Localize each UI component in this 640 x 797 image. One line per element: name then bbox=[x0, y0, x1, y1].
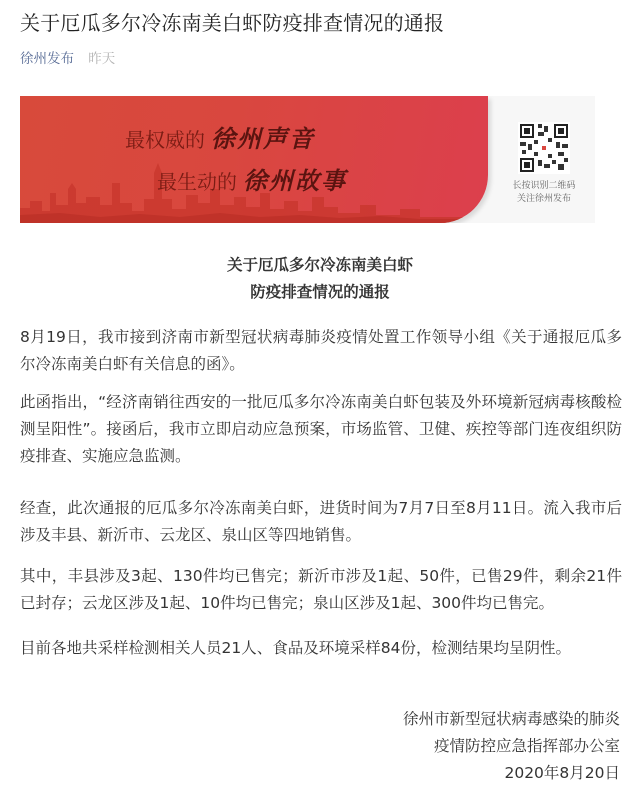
author-link[interactable]: 徐州发布 bbox=[20, 51, 74, 67]
paragraph-4: 其中，丰县涉及3起、130件均已售完；新沂市涉及1起、50件，已售29件，剩余2… bbox=[20, 563, 622, 617]
banner-slogan-1: 最权威的徐州声音 bbox=[125, 126, 315, 153]
paragraph-1: 8月19日，我市接到济南市新型冠状病毒肺炎疫情处置工作领导小组《关于通报厄瓜多尔… bbox=[20, 324, 622, 378]
paragraph-3: 经查，此次通报的厄瓜多尔冷冻南美白虾，进货时间为7月7日至8月11日。流入我市后… bbox=[20, 495, 622, 549]
qr-caption: 长按识别二维码 关注徐州发布 bbox=[498, 180, 590, 206]
publish-time: 昨天 bbox=[88, 51, 115, 67]
signature-block: 徐州市新型冠状病毒感染的肺炎 疫情防控应急指挥部办公室 2020年8月20日 bbox=[403, 706, 620, 787]
banner-red-panel: 最权威的徐州声音 最生动的徐州故事 bbox=[20, 96, 488, 223]
paragraph-2: 此函指出，“经济南销往西安的一批厄瓜多尔冷冻南美白虾包装及外环境新冠病毒核酸检测… bbox=[20, 389, 622, 470]
promo-banner: 最权威的徐州声音 最生动的徐州故事 长按识别二维码 关注徐州发布 bbox=[20, 96, 595, 223]
notice-headline: 关于厄瓜多尔冷冻南美白虾 防疫排查情况的通报 bbox=[0, 252, 640, 306]
article-title: 关于厄瓜多尔冷冻南美白虾防疫排查情况的通报 bbox=[20, 8, 630, 38]
paragraph-5: 目前各地共采样检测相关人员21人、食品及环境采样84份，检测结果均呈阴性。 bbox=[20, 635, 622, 662]
banner-slogan-2: 最生动的徐州故事 bbox=[157, 168, 347, 195]
signature-org-line2: 疫情防控应急指挥部办公室 bbox=[403, 733, 620, 760]
signature-date: 2020年8月20日 bbox=[403, 760, 620, 787]
article-meta: 徐州发布 昨天 bbox=[20, 49, 115, 69]
qr-code-icon[interactable] bbox=[518, 122, 570, 174]
signature-org-line1: 徐州市新型冠状病毒感染的肺炎 bbox=[403, 706, 620, 733]
